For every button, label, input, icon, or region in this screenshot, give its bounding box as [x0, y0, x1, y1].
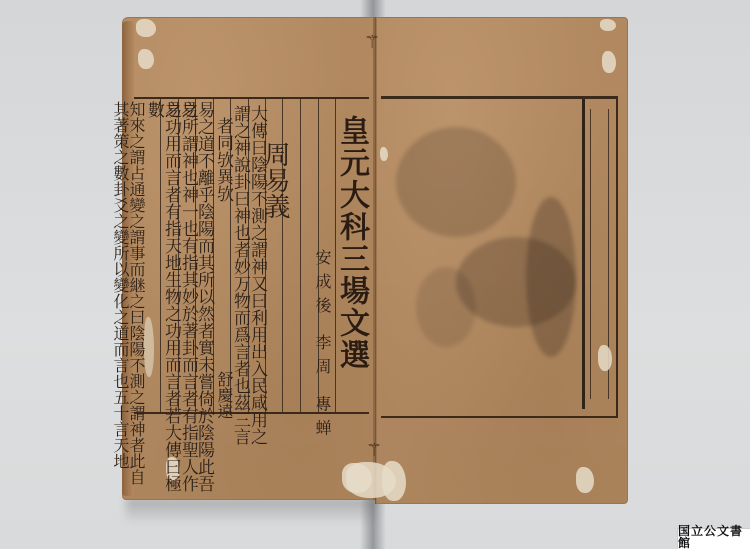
paper-damage — [576, 467, 594, 493]
column-rule — [590, 109, 591, 399]
text-column: 知來之謂占通變之謂事而継之曰陰陽不測之謂神者此自 — [128, 101, 144, 485]
fishtail-ornament-top: ⚚ — [364, 32, 380, 53]
gutter — [375, 17, 376, 504]
logo-title-jp: 国立公文書館 — [678, 525, 750, 549]
archive-logo: 国立公文書館 National Archives of Japan — [677, 528, 750, 549]
paper-damage — [598, 345, 612, 371]
paper-damage — [346, 462, 396, 498]
section-title: 周易義 — [262, 141, 288, 219]
text-column: 之功用而言者有指天地生物之功用而言者若大傳曰極數 — [145, 101, 179, 500]
paper-damage — [136, 19, 156, 37]
paper-damage — [138, 49, 154, 69]
paper-damage — [602, 51, 616, 73]
right-page — [376, 17, 628, 504]
ink-bleed — [526, 197, 576, 357]
book-title: 皇元大科三場文選 — [336, 115, 366, 371]
fishtail-ornament-bottom: ⚚ — [366, 440, 382, 461]
left-page: 大傳曰陰陽不測之謂神又曰利用出入民咸用之 謂之神說卦曰神也者妙万物而爲言者也茲三… — [122, 17, 375, 500]
column-rule — [300, 99, 301, 412]
paper-damage — [380, 147, 388, 161]
book-shadow — [126, 498, 376, 524]
ink-bleed — [416, 267, 476, 347]
column-rule — [582, 99, 585, 409]
editor-credit: 安成後 李周 專蝉 — [314, 249, 330, 443]
text-column: 其著策之數卦爻之變所以變化之道而言也五十言天地 — [112, 101, 128, 469]
text-column: 者同欤異欤 — [214, 117, 231, 202]
paper-damage — [600, 19, 616, 31]
commentary-author: 舒慶遠 — [216, 371, 232, 419]
ink-bleed — [396, 127, 516, 237]
